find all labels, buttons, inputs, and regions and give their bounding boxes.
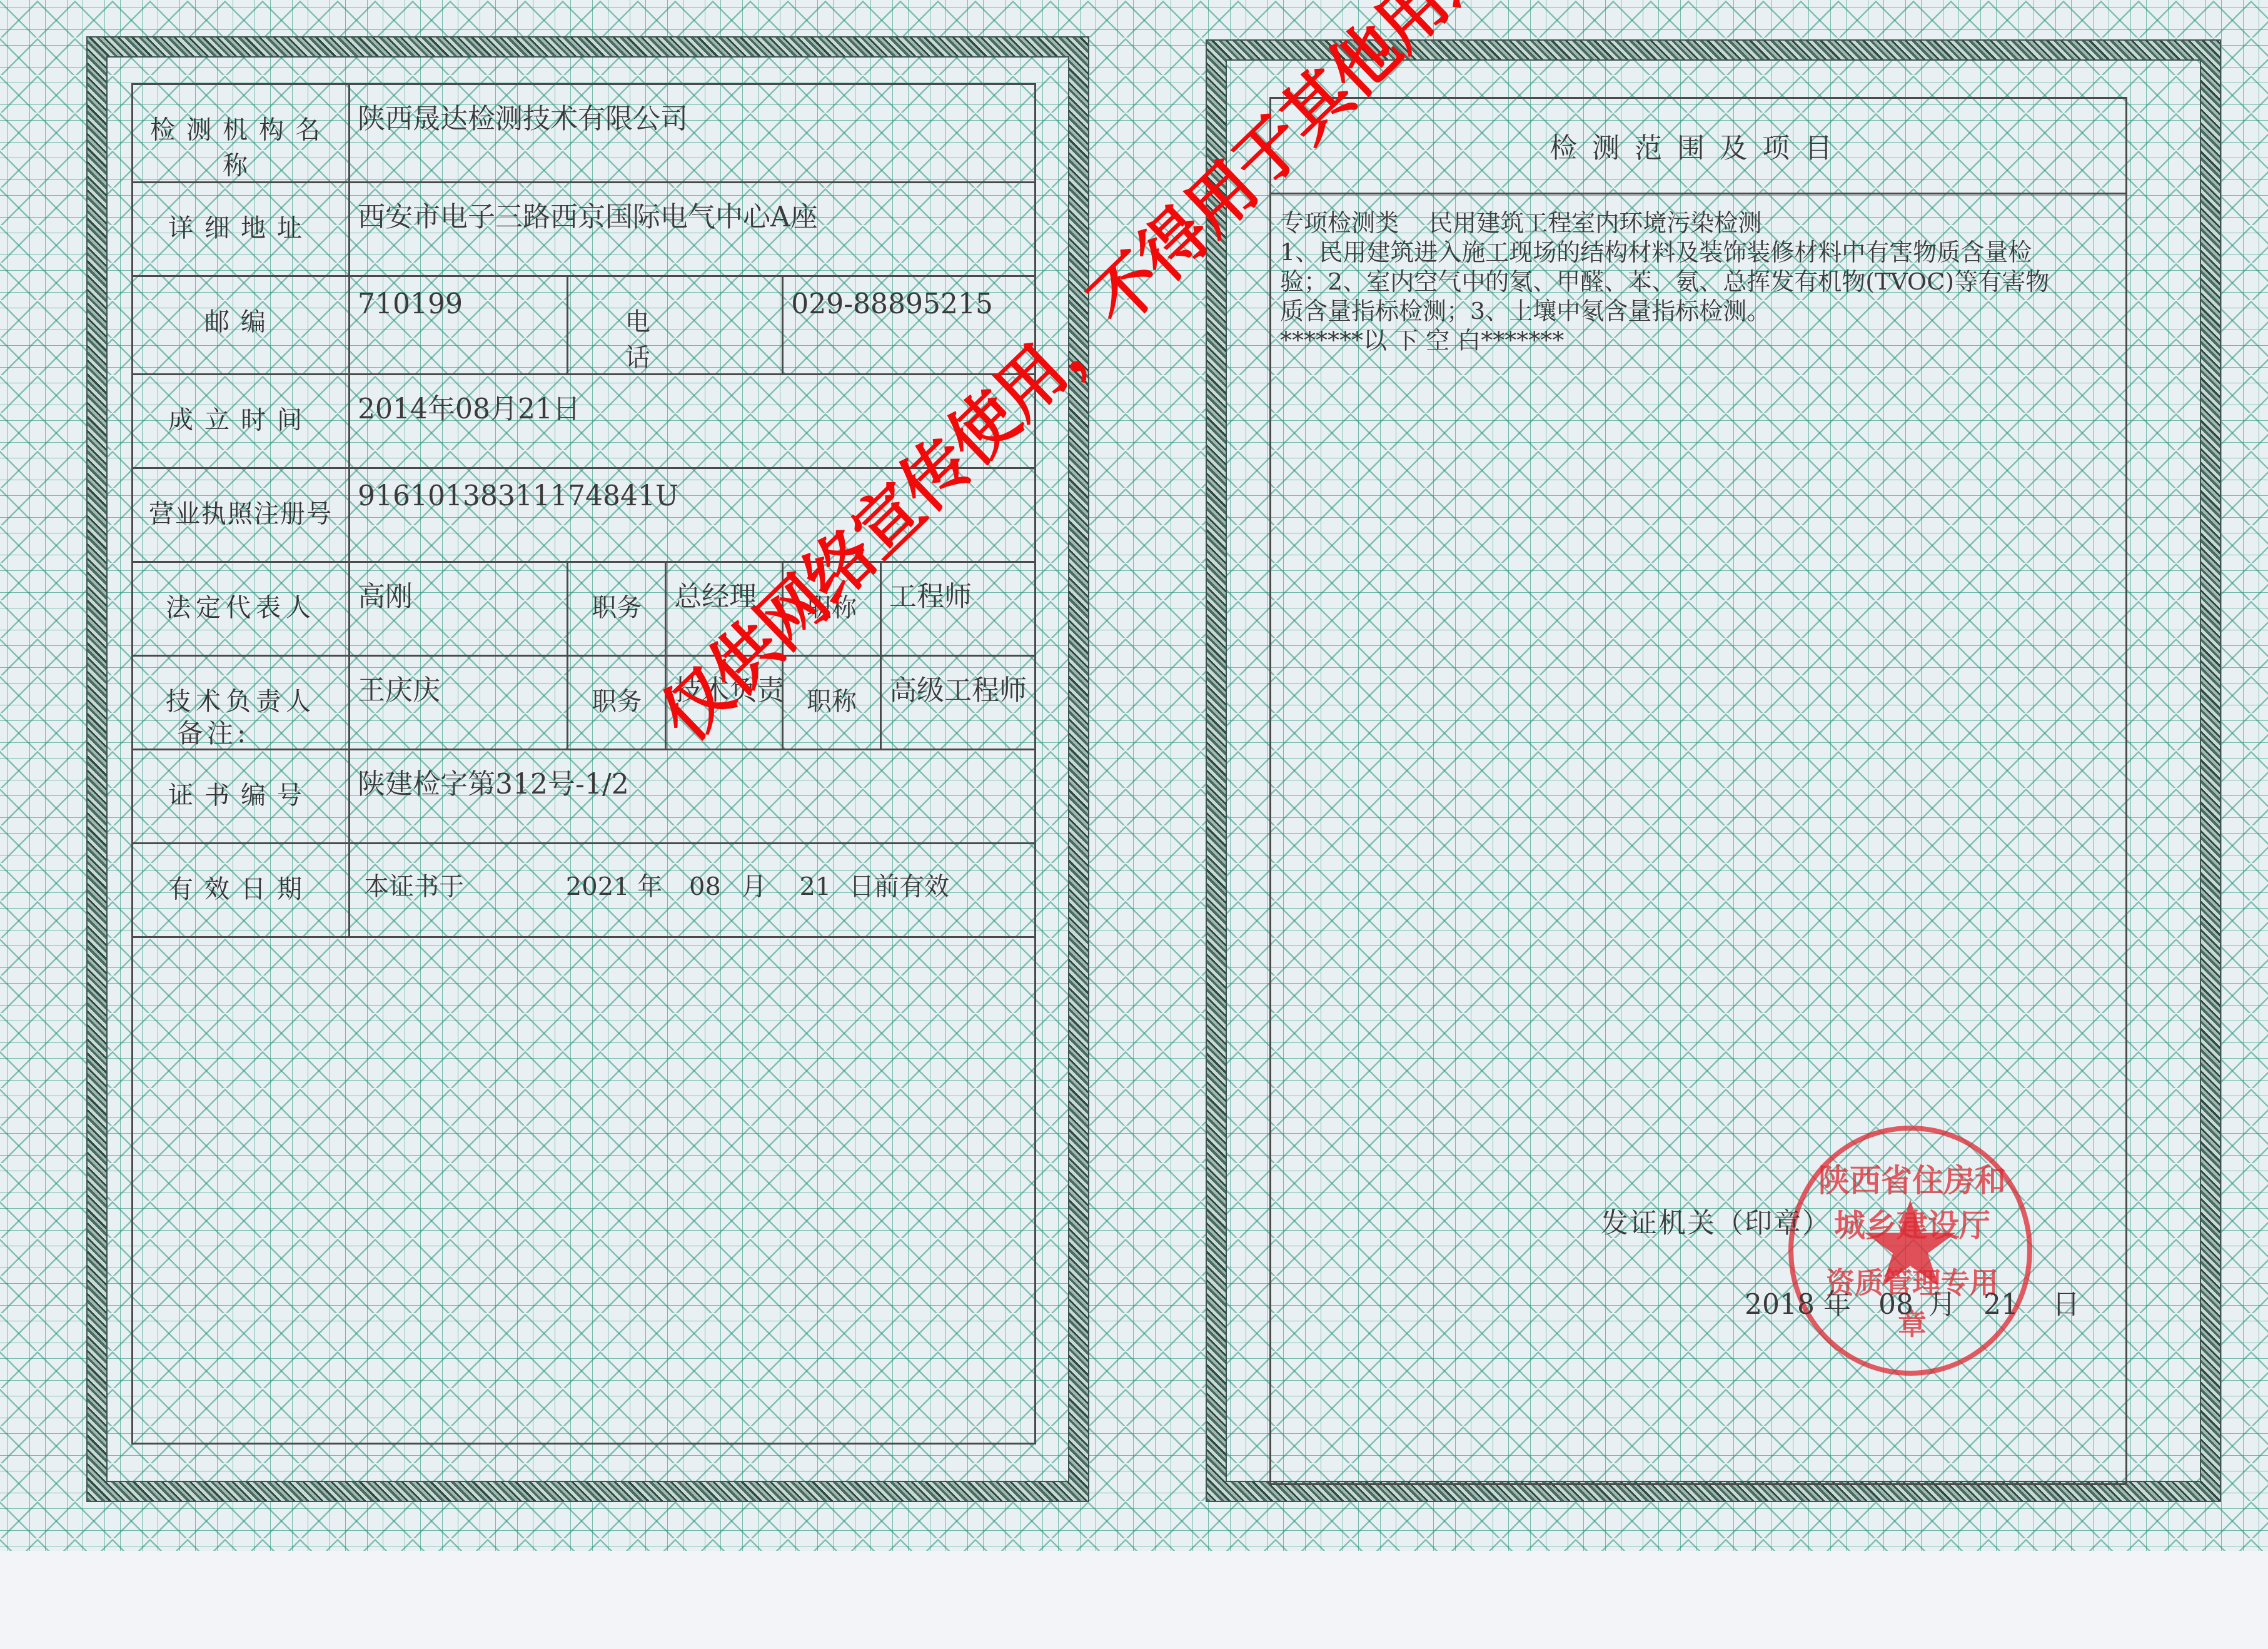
issue-month: 08	[1878, 1289, 1913, 1321]
field-label: 成立时间	[133, 375, 350, 468]
position-label: 职务	[568, 562, 666, 656]
scope-line: 质含量指标检测；3、土壤中氡含量指标检测。	[1280, 296, 2119, 326]
remark-label: 备注:	[177, 713, 249, 750]
scope-body: 专项检测类 民用建筑工程室内环境污染检测 1、民用建筑进入施工现场的结构材料及装…	[1271, 194, 2125, 355]
institution-name-value: 陕西晟达检测技术有限公司	[350, 84, 1036, 183]
table-row: 检测机构名称 陕西晟达检测技术有限公司	[133, 84, 1036, 183]
phone-label: 电话	[568, 276, 783, 375]
official-seal: 陕西省住房和城乡建设厅 ★ 资质管理专用章	[1788, 1126, 2032, 1376]
issue-year-unit: 年	[1823, 1289, 1851, 1321]
field-label: 详细地址	[133, 183, 350, 276]
address-value: 西安市电子三路西京国际电气中心A座	[350, 183, 1036, 276]
issue-day: 21	[1983, 1289, 2019, 1321]
postcode-value: 710199	[350, 276, 568, 375]
field-label: 法定代表人	[133, 562, 350, 656]
legal-rep-title-value: 工程师	[881, 562, 1036, 656]
scope-line: 1、民用建筑进入施工现场的结构材料及装饰装修材料中有害物质含量检	[1280, 238, 2119, 267]
issue-date: 2018 年 08 月 21 日	[1745, 1282, 2099, 1322]
table-row: 详细地址 西安市电子三路西京国际电气中心A座	[133, 183, 1036, 276]
legal-rep-value: 高刚	[350, 562, 568, 656]
issue-month-unit: 月	[1928, 1289, 1956, 1321]
field-label: 检测机构名称	[133, 84, 350, 183]
issue-year: 2018	[1745, 1289, 1815, 1321]
remark-box: 备注:	[131, 685, 1036, 1445]
scope-line: 验；2、室内空气中的氡、甲醛、苯、氨、总挥发有机物(TVOC)等有害物	[1280, 267, 2119, 296]
field-label: 营业执照注册号	[133, 468, 350, 562]
field-label: 邮编	[133, 276, 350, 375]
scope-title: 检测范围及项目	[1271, 99, 2125, 194]
scope-line: *******以 下 空 白*******	[1280, 326, 2119, 355]
issue-day-unit: 日	[2052, 1289, 2080, 1321]
table-row: 法定代表人 高刚 职务 总经理 职称 工程师	[133, 562, 1036, 656]
scope-line: 专项检测类 民用建筑工程室内环境污染检测	[1280, 208, 2119, 238]
table-row: 邮编 710199 电话 029-88895215	[133, 276, 1036, 375]
issuing-authority-label: 发证机关（印章）	[1601, 1201, 1831, 1241]
